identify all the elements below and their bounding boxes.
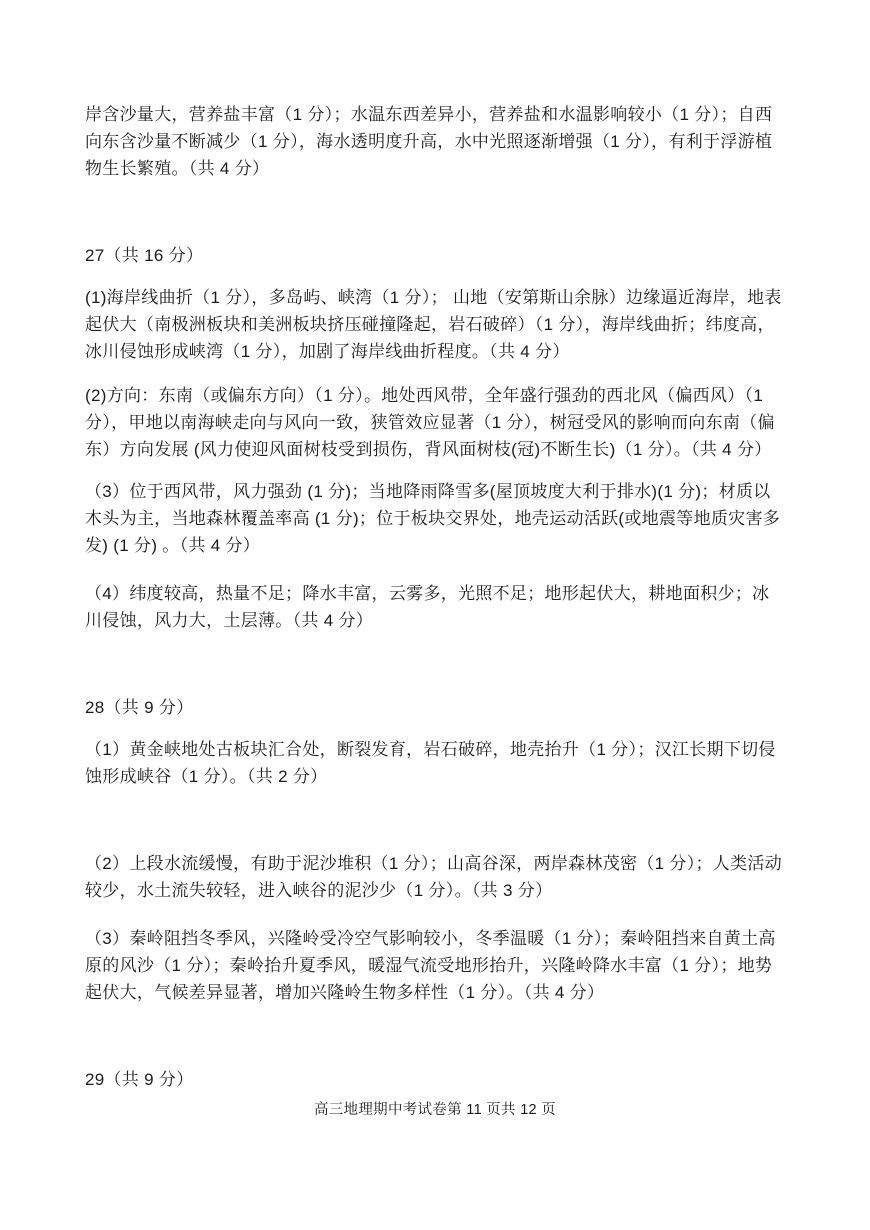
- page-footer: 高三地理期中考试卷第 11 页共 12 页: [85, 1099, 785, 1121]
- question-27-header: 27（共 16 分）: [85, 242, 785, 269]
- question-27-answer-3: （3）位于西风带，风力强劲 (1 分)；当地降雨降雪多(屋顶坡度大利于排水)(1…: [85, 478, 785, 559]
- question-27-answer-4: （4）纬度较高，热量不足；降水丰富，云雾多，光照不足；地形起伏大，耕地面积少；冰…: [85, 580, 785, 634]
- question-28-answer-3: （3）秦岭阻挡冬季风，兴隆岭受冷空气影响较小，冬季温暖（1 分）；秦岭阻挡来自黄…: [85, 925, 785, 1006]
- question-27-answer-1: (1)海岸线曲折（1 分），多岛屿、峡湾（1 分）； 山地（安第斯山余脉）边缘逼…: [85, 284, 785, 365]
- question-28-answer-1: （1）黄金峡地处古板块汇合处，断裂发育，岩石破碎，地壳抬升（1 分）；汉江长期下…: [85, 736, 785, 790]
- document-page: 岸含沙量大，营养盐丰富（1 分）；水温东西差异小，营养盐和水温影响较小（1 分）…: [0, 0, 870, 1230]
- question-29-header: 29（共 9 分）: [85, 1066, 785, 1093]
- question-28-header: 28（共 9 分）: [85, 694, 785, 721]
- question-28-answer-2: （2）上段水流缓慢，有助于泥沙堆积（1 分）；山高谷深，两岸森林茂密（1 分）；…: [85, 850, 785, 904]
- question-27-answer-2: (2)方向：东南（或偏东方向）（1 分）。地处西风带，全年盛行强劲的西北风（偏西…: [85, 382, 785, 463]
- answer-continuation-paragraph: 岸含沙量大，营养盐丰富（1 分）；水温东西差异小，营养盐和水温影响较小（1 分）…: [85, 101, 785, 182]
